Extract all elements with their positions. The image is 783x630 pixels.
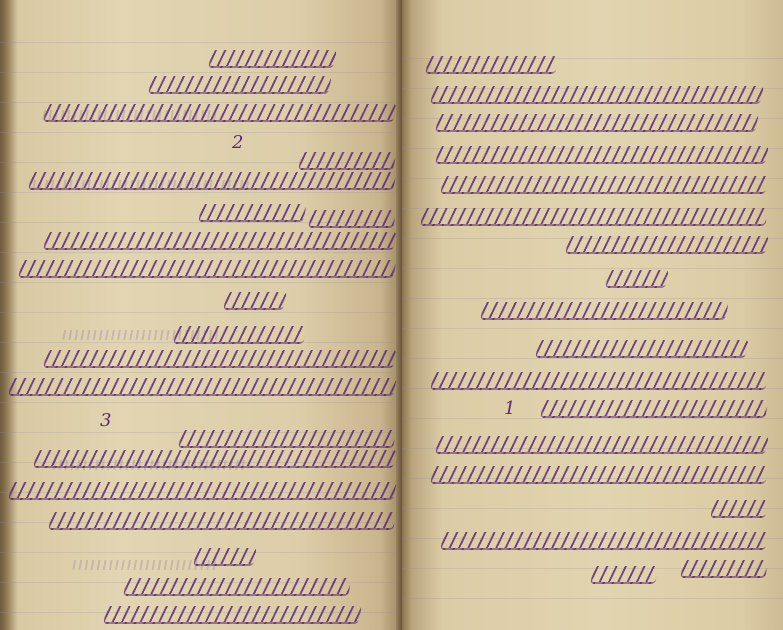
handwritten-line: [illegible handwriting] <box>200 204 305 220</box>
handwritten-line: [illegible handwriting] <box>442 176 767 192</box>
handwritten-line: [illegible handwriting] <box>50 512 395 528</box>
handwritten-line: [illegible handwriting] <box>105 606 360 622</box>
handwritten-line: [illegible handwriting] <box>712 500 767 516</box>
handwritten-line: [illegible handwriting] <box>210 50 335 66</box>
handwritten-line: [illegible handwriting] <box>10 482 395 498</box>
handwritten-line: [illegible handwriting] <box>180 430 395 446</box>
notebook-spread: [illegible handwriting] [illegible handw… <box>0 0 783 630</box>
handwritten-line: [illegible handwriting] <box>567 236 767 252</box>
handwritten-line: [illegible handwriting] <box>45 232 395 248</box>
handwritten-line: [illegible handwriting] <box>10 378 395 394</box>
right-page: [illegible handwriting] [illegible handw… <box>402 0 783 630</box>
mark-number: 1 <box>504 398 515 419</box>
handwritten-line: [illegible handwriting] <box>592 566 657 582</box>
section-number: 2 <box>232 132 243 153</box>
handwritten-line: [illegible handwriting] <box>300 152 395 168</box>
handwritten-line: [illegible handwriting] <box>150 76 330 92</box>
left-page: [illegible handwriting] [illegible handw… <box>0 0 402 630</box>
section-number: 3 <box>100 410 111 431</box>
handwritten-line: [illegible handwriting] <box>542 400 767 416</box>
handwritten-line: [illegible handwriting] <box>45 350 395 366</box>
handwritten-line: [illegible handwriting] <box>437 436 767 452</box>
handwritten-line: [illegible handwriting] <box>30 172 395 188</box>
handwritten-line: [illegible handwriting] <box>125 578 350 594</box>
handwritten-line: [illegible handwriting] <box>427 56 557 72</box>
handwritten-line: [illegible handwriting] <box>432 466 767 482</box>
handwritten-line: [illegible handwriting] <box>175 326 305 342</box>
handwritten-line: [illegible handwriting] <box>432 86 762 102</box>
handwritten-line: [illegible handwriting] <box>432 372 767 388</box>
handwritten-line: [illegible handwriting] <box>310 210 395 226</box>
handwritten-line: [illegible handwriting] <box>682 560 767 576</box>
handwritten-line: [illegible handwriting] <box>607 270 667 286</box>
handwritten-line: [illegible handwriting] <box>195 548 255 564</box>
handwritten-line: [illegible handwriting] <box>35 450 395 466</box>
handwritten-line: [illegible handwriting] <box>537 340 747 356</box>
handwritten-line: [illegible handwriting] <box>45 104 395 120</box>
handwritten-line: [illegible handwriting] <box>225 292 285 308</box>
handwritten-line: [illegible handwriting] <box>437 114 757 130</box>
handwritten-line: [illegible handwriting] <box>442 532 767 548</box>
handwritten-line: [illegible handwriting] <box>422 208 767 224</box>
handwritten-line: [illegible handwriting] <box>482 302 727 318</box>
handwritten-line: [illegible handwriting] <box>20 260 395 276</box>
handwritten-line: [illegible handwriting] <box>437 146 767 162</box>
